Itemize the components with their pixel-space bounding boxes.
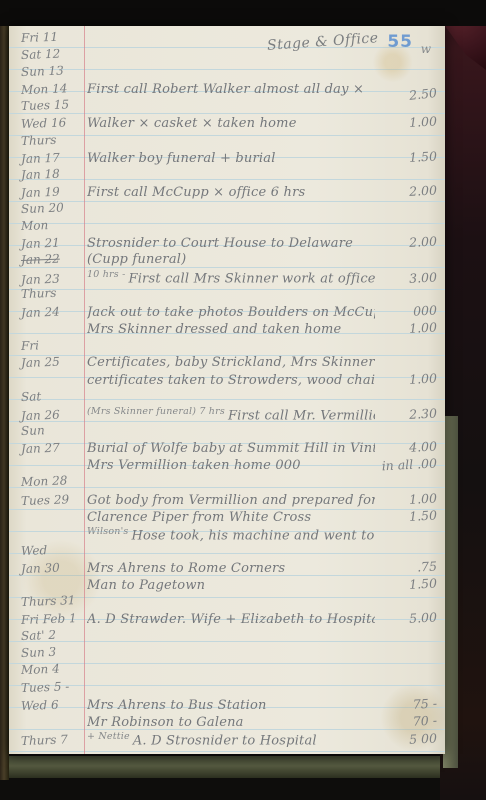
entry-text: 10 hrs -First call Mrs Skinner work at o… — [87, 269, 375, 286]
entry-amount: 1.00 — [375, 490, 442, 508]
ledger-line: Sun 3 — [13, 645, 441, 662]
entry-date: Jan 24 — [13, 303, 87, 320]
entry-date: Fri Feb 1 — [13, 611, 87, 628]
binding-edge — [0, 20, 9, 780]
entry-amount: 2.00 — [375, 233, 442, 251]
ledger-line: Mrs Skinner dressed and taken home1.00 — [13, 321, 441, 338]
ledger-line: Fri 11 — [13, 30, 441, 47]
entry-text: Certificates, baby Strickland, Mrs Skinn… — [87, 355, 375, 370]
ledger-line: Wed 6Mrs Ahrens to Bus Station75 - — [13, 697, 441, 714]
entry-amount: 1.50 — [375, 507, 442, 525]
entry-date: Thurs 31 — [13, 593, 87, 610]
entry-text: Clarence Piper from White Cross — [87, 510, 375, 525]
entry-amount — [375, 56, 441, 59]
entry-amount — [375, 39, 441, 42]
entry-date: Sun — [13, 422, 87, 439]
entry-date — [13, 588, 87, 591]
entry-text: Mrs Skinner dressed and taken home — [87, 322, 375, 337]
ledger-photo: Stage & Office 55 w Fri 11Sat 12Sun 13Mo… — [0, 0, 486, 800]
ledger-line: Jan 25Certificates, baby Strickland, Mrs… — [13, 355, 441, 372]
entry-amount — [375, 672, 441, 675]
ledger-lines: Fri 11Sat 12Sun 13Mon 14First call Rober… — [13, 30, 441, 748]
entry-note: Wilson's — [87, 526, 128, 537]
ledger-line: Jan 30Mrs Ahrens to Rome Corners.75 — [13, 560, 441, 577]
entry-amount — [375, 261, 441, 264]
entry-amount: 4.00 — [375, 439, 442, 457]
entry-amount: 1.50 — [375, 575, 442, 593]
entry-text: Walker boy funeral + burial — [87, 151, 375, 166]
ledger-line: Jan 24Jack out to take photos Boulders o… — [13, 304, 441, 321]
ledger-page: Stage & Office 55 w Fri 11Sat 12Sun 13Mo… — [9, 26, 445, 754]
entry-date — [13, 519, 87, 522]
ledger-line: Jan 18 — [13, 167, 441, 184]
entry-note: (Mrs Skinner funeral) 7 hrs — [87, 406, 225, 417]
entry-amount: 5 00 — [375, 730, 442, 748]
ledger-line: Jan 26(Mrs Skinner funeral) 7 hrsFirst c… — [13, 406, 441, 423]
entry-amount — [375, 296, 441, 299]
entry-date — [13, 468, 87, 471]
entry-date — [13, 538, 87, 541]
ledger-line: Clarence Piper from White Cross1.50 — [13, 509, 441, 526]
entry-amount: in all .00 — [375, 456, 442, 474]
entry-date: Sun 13 — [13, 63, 87, 80]
entry-text: Jack out to take photos Boulders on McCu… — [87, 305, 375, 320]
entry-date: Sat — [13, 388, 87, 405]
entry-date — [13, 331, 87, 334]
entry-amount: 70 - — [375, 712, 442, 730]
entry-amount — [375, 655, 441, 658]
entry-date: Wed 6 — [13, 696, 87, 713]
ledger-line: Wilson'sHose took, his machine and went … — [13, 526, 441, 543]
photo-background — [0, 0, 486, 26]
entry-amount — [375, 552, 441, 555]
ledger-line: Mr Robinson to Galena70 - — [13, 714, 441, 731]
ledger-line: Jan 27Burial of Wolfe baby at Summit Hil… — [13, 440, 441, 457]
entry-date: Tues 15 — [13, 97, 87, 114]
ledger-line: Thurs 7+ NettieA. D Strosnider to Hospit… — [13, 731, 441, 748]
entry-amount: 000 — [375, 302, 442, 320]
entry-amount — [375, 398, 441, 401]
entry-date: Jan 27 — [13, 440, 87, 457]
entry-amount: 2.00 — [375, 182, 442, 200]
entry-date: Jan 30 — [13, 560, 87, 577]
cloth-bottom-edge — [0, 756, 440, 778]
entry-date: Mon 28 — [13, 473, 87, 490]
entry-amount: 5.00 — [375, 609, 442, 627]
ledger-line: Jan 19First call McCupp × office 6 hrs2.… — [13, 184, 441, 201]
entry-text: (Mrs Skinner funeral) 7 hrsFirst call Mr… — [87, 406, 375, 423]
ledger-line: Thurs 31 — [13, 594, 441, 611]
ledger-line: Mon 28 — [13, 474, 441, 491]
ledger-line: Tues 5 - — [13, 680, 441, 697]
entry-amount — [375, 364, 441, 367]
entry-note: 10 hrs - — [87, 269, 125, 280]
ledger-line: Wed 16Walker × casket × taken home1.00 — [13, 115, 441, 132]
entry-date: Jan 22 — [13, 251, 87, 268]
entry-date: Sun 3 — [13, 644, 87, 661]
ledger-line: Sat — [13, 389, 441, 406]
entry-amount: 1.00 — [375, 319, 442, 337]
ledger-line: Fri — [13, 338, 441, 355]
entry-text: First call McCupp × office 6 hrs — [87, 185, 375, 200]
entry-date: Mon 4 — [13, 661, 87, 678]
entry-amount: 3.00 — [375, 269, 442, 287]
ledger-line: Jan 17Walker boy funeral + burial1.50 — [13, 150, 441, 167]
entry-amount — [375, 347, 441, 350]
entry-amount: 1.00 — [375, 370, 442, 388]
entry-date: Sun 20 — [13, 200, 87, 217]
ledger-line: Sun 13 — [13, 64, 441, 81]
entry-amount: 2.30 — [375, 406, 442, 424]
entry-date: Thurs — [13, 131, 87, 148]
entry-date — [13, 383, 87, 386]
entry-date: Jan 21 — [13, 235, 87, 252]
entry-amount — [375, 484, 441, 487]
ledger-line: Sun — [13, 423, 441, 440]
entry-text: Man to Pagetown — [87, 578, 375, 593]
entry-date: Sat' 2 — [13, 627, 87, 644]
ledger-line: certificates taken to Strowders, wood ch… — [13, 372, 441, 389]
entry-text: certificates taken to Strowders, wood ch… — [87, 373, 375, 388]
entry-date: Fri 11 — [13, 29, 87, 46]
entry-text: Wilson'sHose took, his machine and went … — [87, 526, 375, 543]
entry-text: Burial of Wolfe baby at Summit Hill in V… — [87, 441, 375, 456]
entry-amount — [375, 227, 441, 230]
entry-date: Mon 14 — [13, 81, 87, 98]
entry-amount — [375, 108, 441, 111]
entry-amount: 1.00 — [375, 114, 442, 132]
entry-date: Jan 18 — [13, 165, 87, 182]
entry-date: Wed 16 — [13, 115, 87, 132]
entry-text: First call Robert Walker almost all day … — [87, 82, 375, 97]
entry-amount: 75 - — [375, 695, 442, 713]
ledger-line: Sun 20 — [13, 201, 441, 218]
entry-amount — [375, 176, 441, 179]
entry-amount — [375, 432, 441, 435]
entry-date: Jan 19 — [13, 184, 87, 201]
entry-note: + Nettie — [87, 731, 130, 742]
entry-amount — [375, 603, 441, 606]
ledger-line: Man to Pagetown1.50 — [13, 577, 441, 594]
entry-date: Sat 12 — [13, 46, 87, 63]
entry-amount: 1.50 — [375, 148, 442, 166]
entry-amount — [375, 210, 441, 213]
entry-amount: .75 — [375, 558, 442, 576]
entry-date: Jan 17 — [13, 149, 87, 166]
entry-date: Thurs 7 — [13, 732, 87, 749]
ledger-line: Mrs Vermillion taken home 000in all .00 — [13, 457, 441, 474]
ledger-line: Thurs — [13, 286, 441, 303]
ledger-line: Fri Feb 1A. D Strawder. Wife + Elizabeth… — [13, 611, 441, 628]
ledger-line: Jan 21Strosnider to Court House to Delaw… — [13, 235, 441, 252]
entry-text: + NettieA. D Strosnider to Hospital — [87, 731, 375, 748]
entry-text: Walker × casket × taken home — [87, 116, 375, 131]
entry-date: Wed — [13, 542, 87, 559]
entry-amount — [375, 142, 441, 145]
entry-date: Tues 5 - — [13, 678, 87, 695]
entry-date: Thurs — [13, 285, 87, 302]
ledger-line: Mon 14First call Robert Walker almost al… — [13, 81, 441, 98]
ledger-line: Jan 22(Cupp funeral) — [13, 252, 441, 269]
entry-date: Mon — [13, 217, 87, 234]
entry-text: Mr Robinson to Galena — [87, 715, 375, 730]
entry-text: (Cupp funeral) — [87, 252, 375, 267]
ledger-line: Sat' 2 — [13, 628, 441, 645]
entry-date: Jan 25 — [13, 353, 87, 370]
entry-date: Tues 29 — [13, 491, 87, 508]
entry-text: Mrs Vermillion taken home 000 — [87, 458, 375, 473]
cloth-fore-edge — [443, 416, 458, 768]
ledger-line: Jan 2310 hrs -First call Mrs Skinner wor… — [13, 269, 441, 286]
entry-text: Mrs Ahrens to Rome Corners — [87, 561, 375, 576]
entry-amount — [375, 73, 441, 76]
ledger-line: Sat 12 — [13, 47, 441, 64]
entry-text: A. D Strawder. Wife + Elizabeth to Hospi… — [87, 612, 375, 627]
ledger-line: Mon 4 — [13, 662, 441, 679]
entry-text: Got body from Vermillion and prepared fo… — [87, 493, 375, 508]
entry-amount — [375, 638, 441, 641]
ledger-line: Thurs — [13, 133, 441, 150]
entry-amount — [375, 537, 441, 540]
entry-text: Strosnider to Court House to Delaware — [87, 236, 375, 251]
entry-text: Mrs Ahrens to Bus Station — [87, 698, 375, 713]
entry-date: Fri — [13, 336, 87, 353]
ledger-line: Mon — [13, 218, 441, 235]
ledger-line: Wed — [13, 543, 441, 560]
entry-date — [13, 724, 87, 727]
entry-amount — [375, 689, 441, 692]
ledger-line: Tues 29Got body from Vermillion and prep… — [13, 492, 441, 509]
